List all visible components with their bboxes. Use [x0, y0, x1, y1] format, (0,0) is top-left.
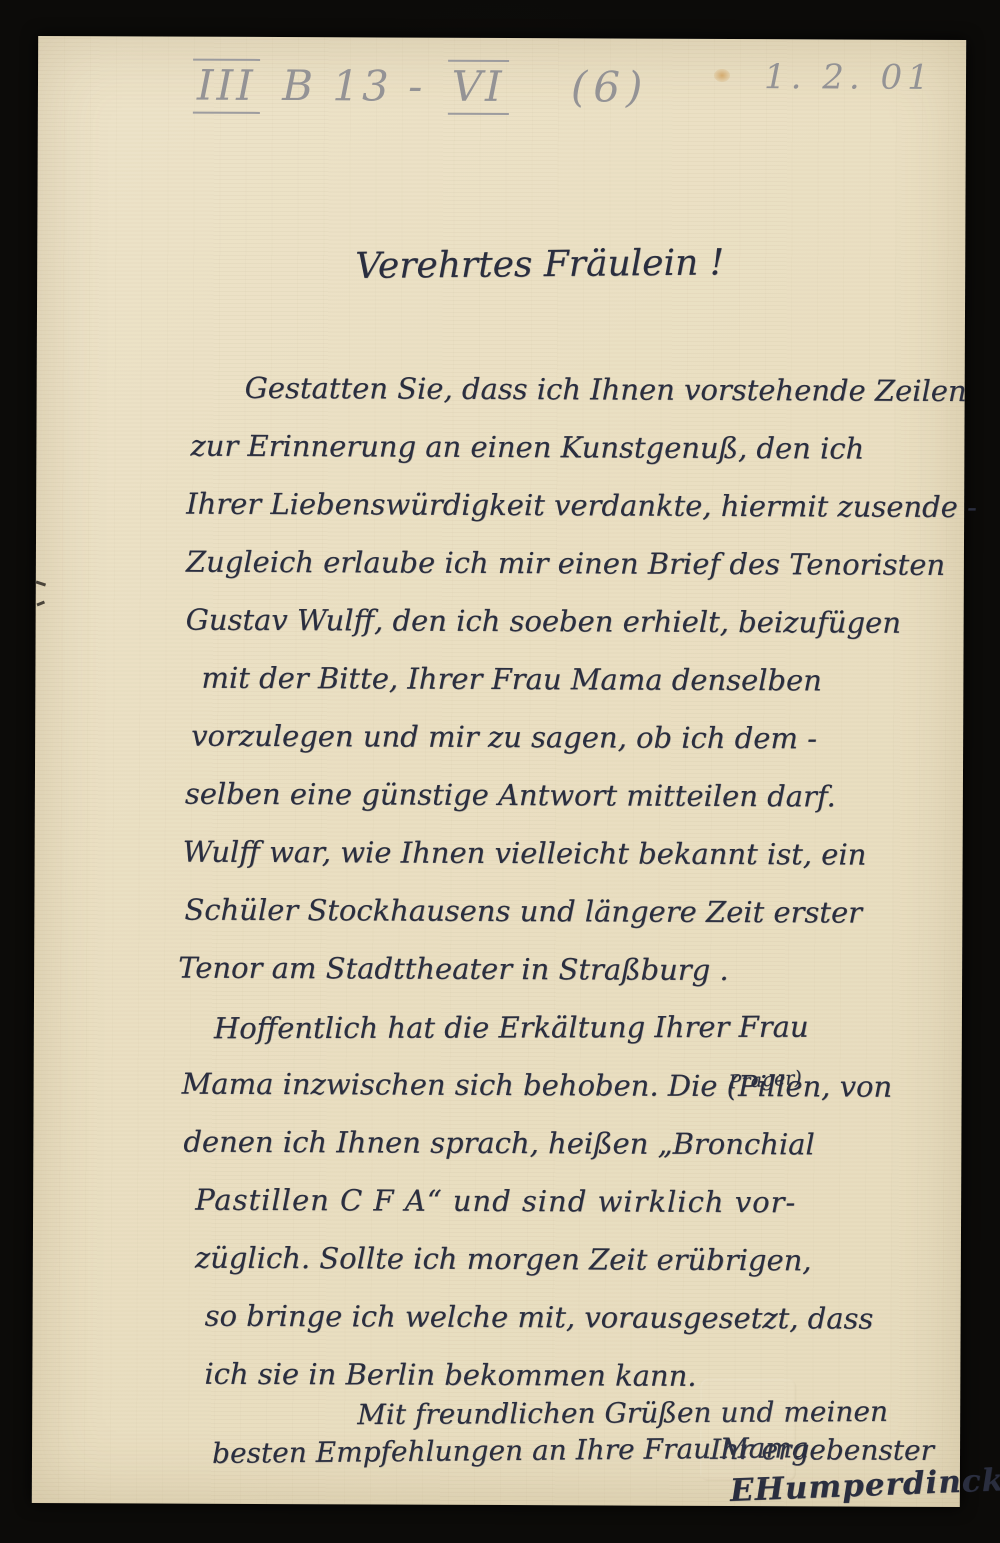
body-line: Gestatten Sie, dass ich Ihnen vorstehend…: [245, 359, 932, 420]
embossed-stamp: [700, 1379, 796, 1481]
body-line: Gustav Wulff, den ich soeben erhielt, be…: [186, 591, 931, 652]
body-line: züglich. Sollte ich morgen Zeit erübrige…: [195, 1229, 928, 1290]
letter-page: III B 13 - VI (6) 1. 2. 01 Verehrtes Frä…: [32, 36, 966, 1507]
archive-date-mark: 1. 2. 01: [764, 57, 934, 98]
body-line: Mama inzwischen sich behoben. Die (Pille…: [182, 1055, 929, 1116]
classification-roman-prefix: III: [193, 59, 260, 114]
body-line: Tenor am Stadttheater in Straßburg .: [178, 939, 929, 1000]
body-line: Wulff war, wie Ihnen vielleicht bekannt …: [183, 823, 930, 884]
body-line: Ihrer Liebenswürdigkeit verdankte, hierm…: [186, 475, 931, 536]
closing-line-1: Mit freundlichen Grüßen und meinen: [357, 1395, 888, 1431]
body-line: Pastillen C F A“ und sind wirklich vor-: [195, 1171, 928, 1232]
scan-background: III B 13 - VI (6) 1. 2. 01 Verehrtes Frä…: [0, 0, 1000, 1543]
body-line: mit der Bitte, Ihrer Frau Mama denselben: [201, 649, 930, 710]
letter-body: Gestatten Sie, dass ich Ihnen vorstehend…: [182, 359, 932, 1406]
classification-page-number: (6): [571, 62, 649, 111]
salutation: Verehrtes Fräulein !: [355, 242, 724, 287]
body-line: so bringe ich welche mit, vorausgesetzt,…: [204, 1287, 927, 1348]
archive-classification-mark: III B 13 - VI (6): [193, 61, 649, 112]
edge-tear-icon: [36, 601, 45, 607]
classification-middle: B 13 -: [282, 61, 425, 111]
body-line: Zugleich erlaube ich mir einen Brief des…: [186, 533, 931, 594]
body-line: zur Erinnerung an einen Kunstgenuß, den …: [190, 417, 931, 478]
body-line: Hoffentlich hat die Erkältung Ihrer Frau: [214, 997, 929, 1057]
classification-roman-suffix: VI: [448, 60, 509, 115]
body-line: denen ich Ihnen sprach, heißen „Bronchia…: [183, 1113, 928, 1174]
paper-stain: [714, 69, 730, 82]
body-line: vorzulegen und mir zu sagen, ob ich dem …: [191, 707, 930, 768]
body-line: Schüler Stockhausens und längere Zeit er…: [184, 881, 929, 942]
edge-tear-icon: [36, 581, 46, 587]
body-line: selben eine günstige Antwort mitteilen d…: [185, 765, 930, 826]
